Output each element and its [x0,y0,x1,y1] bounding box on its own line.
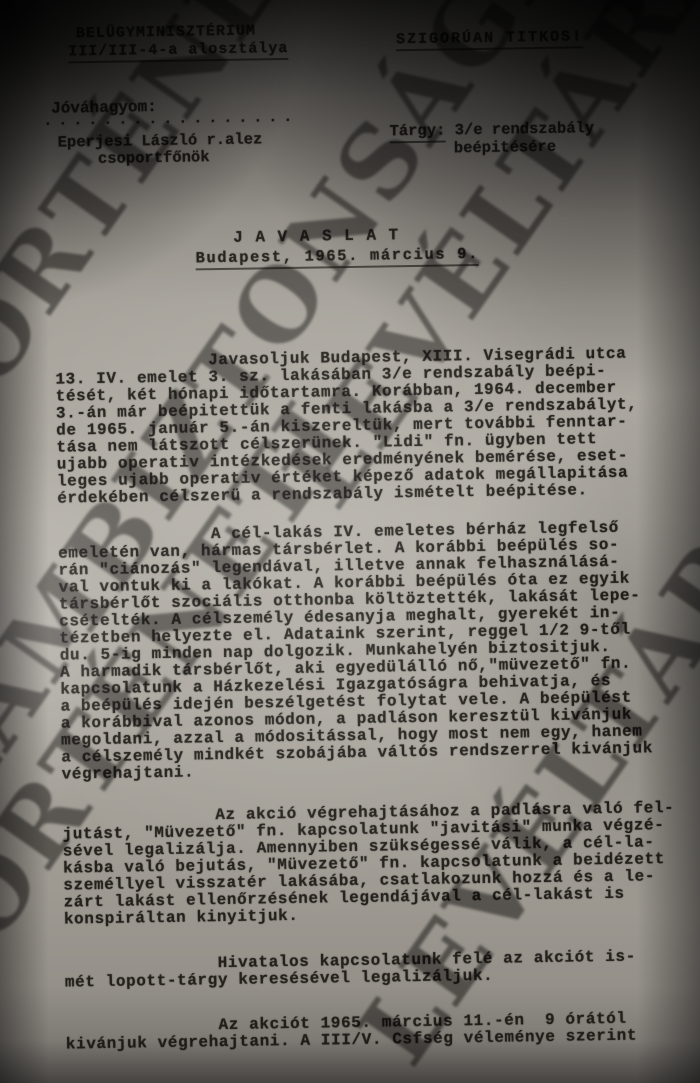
scanned-document-photo: BELÜGYMINISZTÉRIUM III/III-4-a alosztály… [0,0,700,1083]
